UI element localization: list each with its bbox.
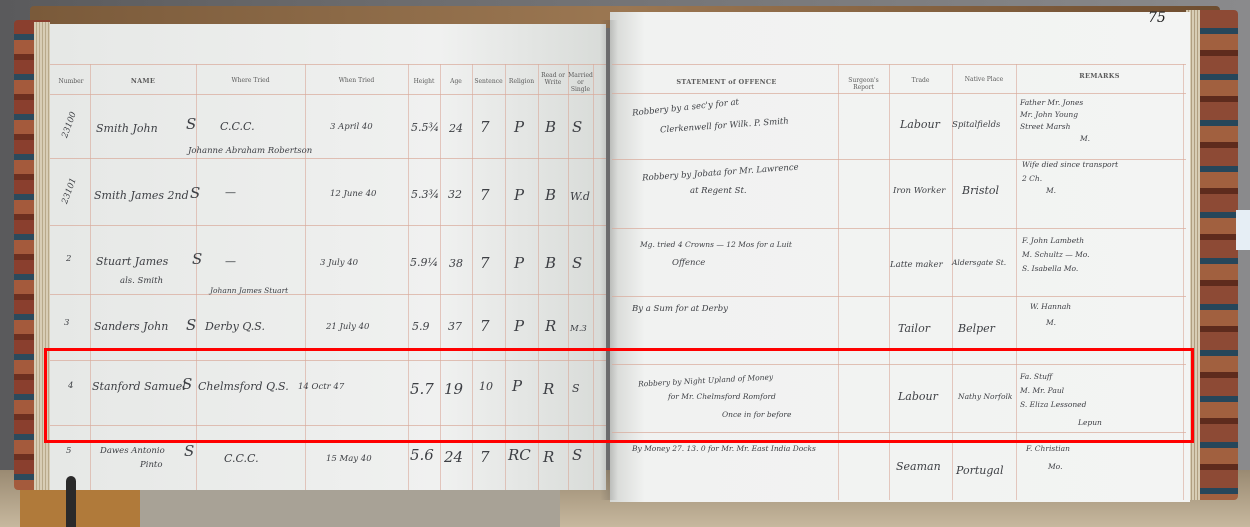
row-mark: S (190, 184, 200, 202)
row-when: 21 July 40 (326, 322, 369, 332)
rule (612, 228, 1186, 229)
row-native-place: Aldersgate St. (952, 258, 1006, 267)
red-highlight-box (44, 348, 1194, 443)
book-cover-right-marbled (1198, 10, 1238, 500)
row-alias: Johanne Abraham Robertson (188, 146, 312, 156)
row-religion: P (514, 186, 524, 204)
row-age: 37 (448, 320, 462, 333)
row-remarks-line: Wife died since transport (1022, 160, 1118, 169)
row-read: R (545, 317, 556, 335)
row-married: W.d (570, 190, 590, 203)
header-where-tried: Where Tried (196, 77, 305, 84)
row-age: 24 (444, 448, 463, 466)
row-offence-line: at Regent St. (690, 186, 747, 196)
grey-board (140, 485, 560, 527)
header-sentence: Sentence (472, 78, 505, 85)
row-remarks-line: 2 Ch. (1022, 174, 1042, 183)
row-religion: P (514, 317, 524, 335)
row-alias: Johann James Stuart (210, 286, 288, 295)
row-mark: S (184, 442, 194, 460)
row-remarks-line: S. Isabella Mo. (1022, 264, 1078, 273)
row-height: 5.9 (412, 320, 430, 333)
row-when: 15 May 40 (326, 454, 372, 464)
row-name: Sanders John (94, 320, 168, 333)
row-trade: Tailor (898, 322, 930, 335)
row-name: Stuart James (96, 255, 168, 268)
rule (612, 296, 1186, 297)
row-height: 5.9¼ (410, 256, 438, 269)
header-surgeons-report: Surgeon's Report (838, 77, 889, 91)
header-remarks: REMARKS (1016, 73, 1183, 80)
row-mark: S (186, 316, 196, 334)
row-offence-line: By a Sum for at Derby (632, 304, 728, 314)
row-married: M.3 (570, 324, 587, 334)
row-when: 12 June 40 (330, 189, 376, 199)
row-when: 3 July 40 (320, 258, 358, 268)
row-remarks-line: Mr. John Young (1020, 110, 1078, 119)
row-offence-line: By Money 27. 13. 0 for Mr. Mr. East Indi… (632, 444, 816, 453)
row-height: 5.6 (410, 446, 434, 464)
header-age: Age (440, 78, 472, 85)
row-age: 24 (449, 122, 463, 135)
row-name: Smith James 2nd (94, 189, 189, 202)
row-sentence: 7 (480, 118, 490, 136)
row-age: 38 (449, 257, 463, 270)
row-married: S (572, 446, 582, 464)
row-remarks-line: M. (1046, 186, 1056, 195)
header-statement-of-offence: STATEMENT of OFFENCE (615, 79, 838, 86)
row-where: C.C.C. (220, 120, 255, 133)
row-sentence: 7 (480, 254, 490, 272)
rule (50, 64, 606, 65)
row-trade: Iron Worker (893, 186, 945, 196)
header-trade: Trade (889, 77, 952, 84)
row-remarks-line: F. John Lambeth (1022, 236, 1084, 245)
row-married: S (572, 254, 582, 272)
row-remarks-line: Street Marsh (1020, 122, 1070, 131)
rule (612, 64, 1186, 65)
header-religion: Religion (505, 78, 538, 85)
row-read: B (545, 186, 556, 204)
rule (50, 94, 606, 95)
row-sentence: 7 (480, 448, 490, 466)
header-height: Height (408, 78, 440, 85)
row-mark: S (192, 250, 202, 268)
header-married-single: Married or Single (568, 72, 593, 93)
row-age: 32 (448, 188, 462, 201)
row-height: 5.3¾ (411, 188, 439, 201)
rule (50, 225, 606, 226)
page-clip (66, 476, 76, 527)
row-married: S (572, 118, 582, 136)
row-trade: Labour (900, 118, 940, 131)
row-name-alias: Pinto (140, 460, 162, 470)
row-religion: RC (508, 446, 531, 464)
row-remarks-line: W. Hannah (1030, 302, 1071, 311)
rule (50, 158, 606, 159)
row-where: Derby Q.S. (205, 320, 265, 333)
row-name: Dawes Antonio (100, 446, 165, 456)
row-native-place: Bristol (962, 184, 999, 197)
row-number: 3 (64, 318, 69, 328)
row-remarks-line: Father Mr. Jones (1020, 98, 1083, 107)
row-remarks-line: F. Christian (1026, 444, 1070, 453)
rule (612, 93, 1186, 94)
row-religion: P (514, 118, 524, 136)
row-sentence: 7 (480, 186, 490, 204)
row-native-place: Belper (958, 322, 995, 335)
row-height: 5.5¾ (411, 121, 439, 134)
header-read-write: Read or Write (538, 72, 568, 86)
label-sticker (1236, 210, 1250, 250)
row-where: — (225, 255, 236, 268)
header-number: Number (52, 78, 90, 85)
row-read: B (545, 254, 556, 272)
row-offence-line: Offence (672, 258, 705, 268)
row-read: R (543, 448, 554, 466)
row-when: 3 April 40 (330, 122, 373, 132)
row-where: C.C.C. (224, 452, 259, 465)
row-offence-line: Mg. tried 4 Crowns — 12 Mos for a Luit (640, 240, 792, 249)
row-remarks-line: M. (1046, 318, 1056, 327)
row-where: — (225, 186, 236, 199)
rule (50, 294, 606, 295)
row-remarks-line: Mo. (1048, 462, 1062, 471)
row-sentence: 7 (480, 317, 490, 335)
row-trade: Latte maker (890, 260, 943, 270)
row-mark: S (186, 115, 196, 133)
row-read: B (545, 118, 556, 136)
row-number: 5 (66, 446, 71, 456)
row-name-alias: als. Smith (120, 276, 163, 286)
row-remarks-line: M. Schultz — Mo. (1022, 250, 1090, 259)
page-number: 75 (1148, 10, 1166, 26)
header-name: NAME (90, 78, 196, 85)
header-when-tried: When Tried (305, 77, 408, 84)
row-remarks-line: M. (1080, 134, 1090, 143)
row-number: 2 (66, 254, 71, 264)
row-native-place: Portugal (956, 464, 1003, 477)
row-native-place: Spitalfields (952, 120, 1000, 130)
row-religion: P (514, 254, 524, 272)
row-name: Smith John (96, 122, 158, 135)
header-native-place: Native Place (952, 76, 1016, 83)
row-trade: Seaman (896, 460, 941, 473)
